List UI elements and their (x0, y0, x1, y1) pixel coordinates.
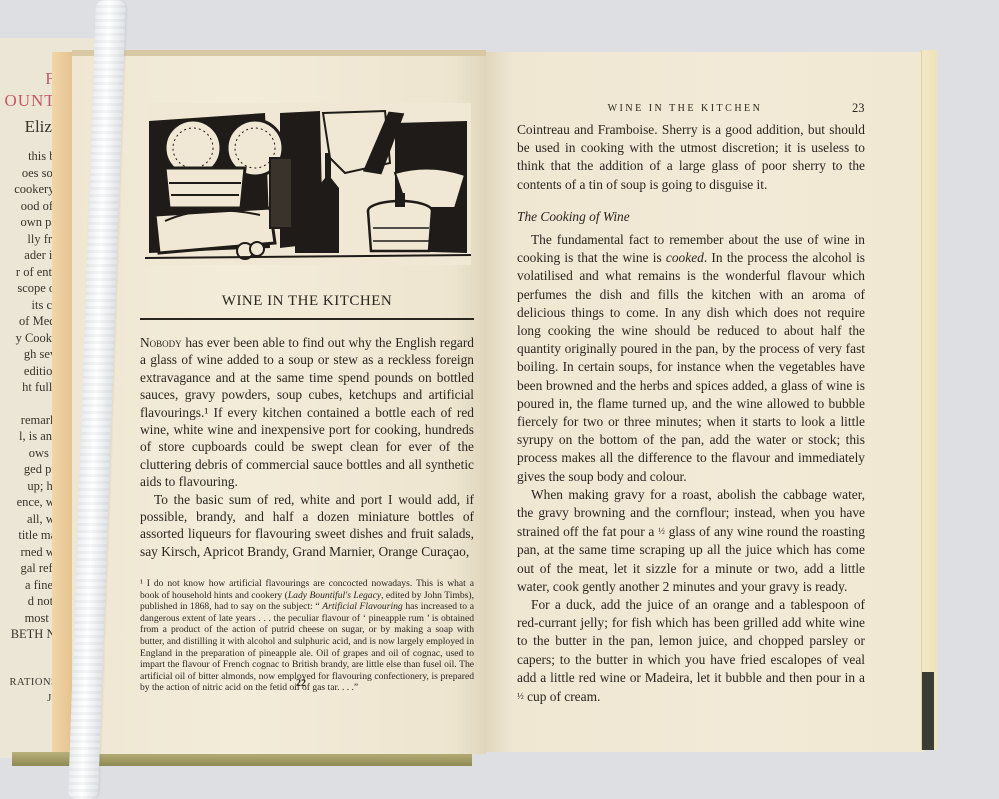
paragraph: The fundamental fact to remember about t… (517, 231, 865, 486)
page-block-edge-right (921, 50, 937, 750)
kitchen-illustration-icon (145, 103, 471, 265)
page-number-right: 23 (852, 101, 865, 116)
chapter-title: WINE IN THE KITCHEN (140, 293, 474, 310)
photo-scene: FR OUNTR Elizab this boooes somecookery … (0, 0, 999, 799)
fraction: ½ (658, 526, 665, 536)
page-number-left: 22 (296, 678, 306, 689)
footnote-italic-term: Artificial Flavouring (322, 601, 402, 612)
page-block-edge-left (52, 52, 74, 752)
paragraph: To the basic sum of red, white and port … (140, 491, 474, 561)
right-page-body: Cointreau and Framboise. Sherry is a goo… (517, 121, 865, 706)
smallcaps-lead: Nobody (140, 335, 182, 350)
paragraph-text: For a duck, add the juice of an orange a… (517, 597, 865, 685)
footnote-text: has increased to a dangerous extent of l… (140, 601, 474, 693)
section-subheading: The Cooking of Wine (517, 208, 865, 226)
paragraph-text: . In the process the alcohol is volatili… (517, 250, 865, 483)
footnote-book-title: Lady Bountiful's Legacy (288, 590, 381, 601)
paragraph-text: cup of cream. (524, 689, 601, 704)
cover-corner (922, 672, 934, 750)
left-page-body: Nobody has ever been able to find out wh… (140, 334, 474, 560)
emphasis: cooked (666, 250, 704, 265)
paragraph: When making gravy for a roast, abolish t… (517, 486, 865, 596)
paragraph: Cointreau and Framboise. Sherry is a goo… (517, 121, 865, 194)
fraction: ½ (517, 691, 524, 701)
paragraph: For a duck, add the juice of an orange a… (517, 596, 865, 706)
title-rule (140, 318, 474, 320)
running-head: WINE IN THE KITCHEN (520, 103, 850, 114)
paragraph-text: has ever been able to find out why the E… (140, 335, 474, 489)
footnote: ¹ I do not know how artificial flavourin… (140, 578, 474, 694)
paragraph: Nobody has ever been able to find out wh… (140, 334, 474, 491)
